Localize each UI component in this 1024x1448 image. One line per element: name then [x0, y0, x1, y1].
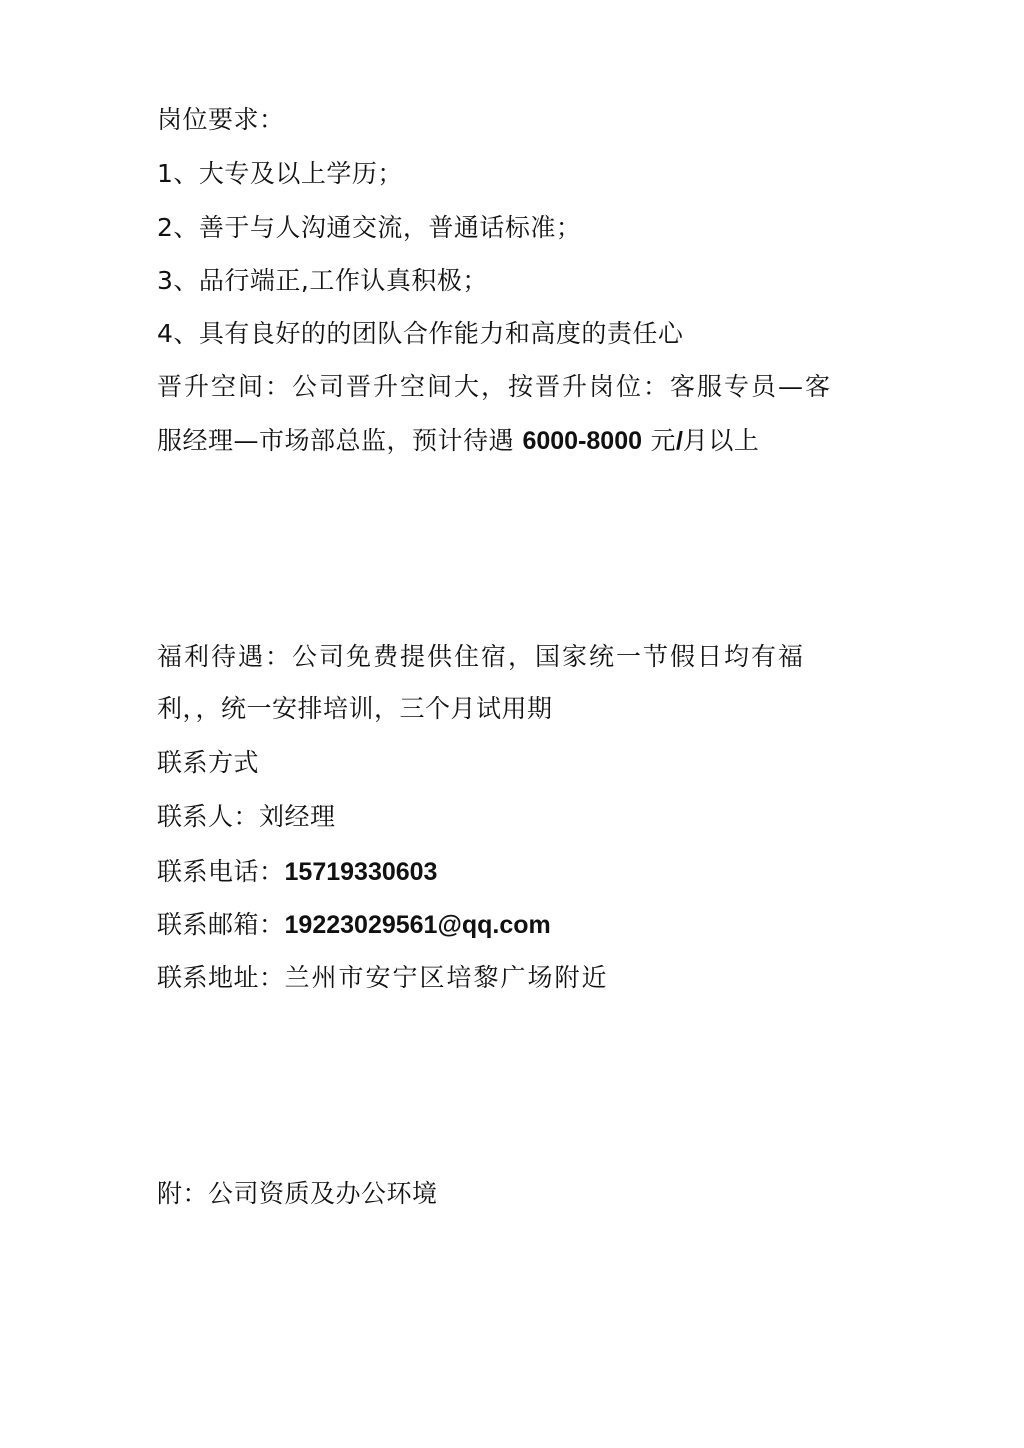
promotion-line-2: 服经理—市场部总监，预计待遇 6000-8000 元/月以上: [157, 424, 759, 458]
currency-unit: 元: [642, 426, 676, 455]
requirement-text: 善于与人沟通交流，普通话标准；: [199, 213, 582, 242]
contact-phone-value: 15719330603: [285, 858, 438, 886]
contact-address: 联系地址：兰州市安宁区培黎广场附近: [157, 961, 609, 995]
requirement-text: 大专及以上学历；: [199, 159, 403, 188]
promotion-line-1: 晋升空间：公司晋升空间大，按晋升岗位：客服专员—客: [157, 370, 832, 404]
requirement-number: 4、: [157, 319, 199, 348]
contact-person: 联系人：刘经理: [157, 800, 336, 834]
appendix-note: 附：公司资质及办公环境: [157, 1177, 438, 1211]
requirement-item-1: 1、大专及以上学历；: [157, 157, 403, 191]
requirements-heading: 岗位要求：: [157, 103, 285, 137]
promotion-text: 服经理—市场部总监，预计待遇: [157, 426, 522, 455]
per-slash: /: [676, 427, 683, 455]
promotion-suffix: 月以上: [683, 426, 760, 455]
contact-phone-label: 联系电话：: [157, 857, 285, 886]
contact-address-label: 联系地址：: [157, 963, 285, 992]
contact-heading: 联系方式: [157, 746, 259, 780]
contact-phone: 联系电话：15719330603: [157, 855, 437, 889]
requirement-number: 1、: [157, 159, 199, 188]
requirement-number: 2、: [157, 213, 199, 242]
contact-email-value: 19223029561@qq.com: [285, 911, 551, 939]
requirement-number: 3、: [157, 266, 199, 295]
requirement-item-4: 4、具有良好的的团队合作能力和高度的责任心: [157, 317, 683, 351]
contact-address-value: 兰州市安宁区培黎广场附近: [285, 963, 609, 992]
benefits-line-2: 利，，统一安排培训，三个月试用期: [157, 692, 553, 726]
requirement-text: 品行端正,工作认真积极；: [199, 266, 488, 295]
salary-range: 6000-8000: [522, 427, 642, 455]
contact-person-value: 刘经理: [259, 802, 336, 831]
requirement-item-2: 2、善于与人沟通交流，普通话标准；: [157, 211, 581, 245]
contact-email-label: 联系邮箱：: [157, 910, 285, 939]
contact-person-label: 联系人：: [157, 802, 259, 831]
requirement-text: 具有良好的的团队合作能力和高度的责任心: [199, 319, 684, 348]
benefits-line-1: 福利待遇：公司免费提供住宿，国家统一节假日均有福: [157, 640, 805, 674]
requirement-item-3: 3、品行端正,工作认真积极；: [157, 264, 488, 298]
contact-email: 联系邮箱：19223029561@qq.com: [157, 908, 551, 942]
